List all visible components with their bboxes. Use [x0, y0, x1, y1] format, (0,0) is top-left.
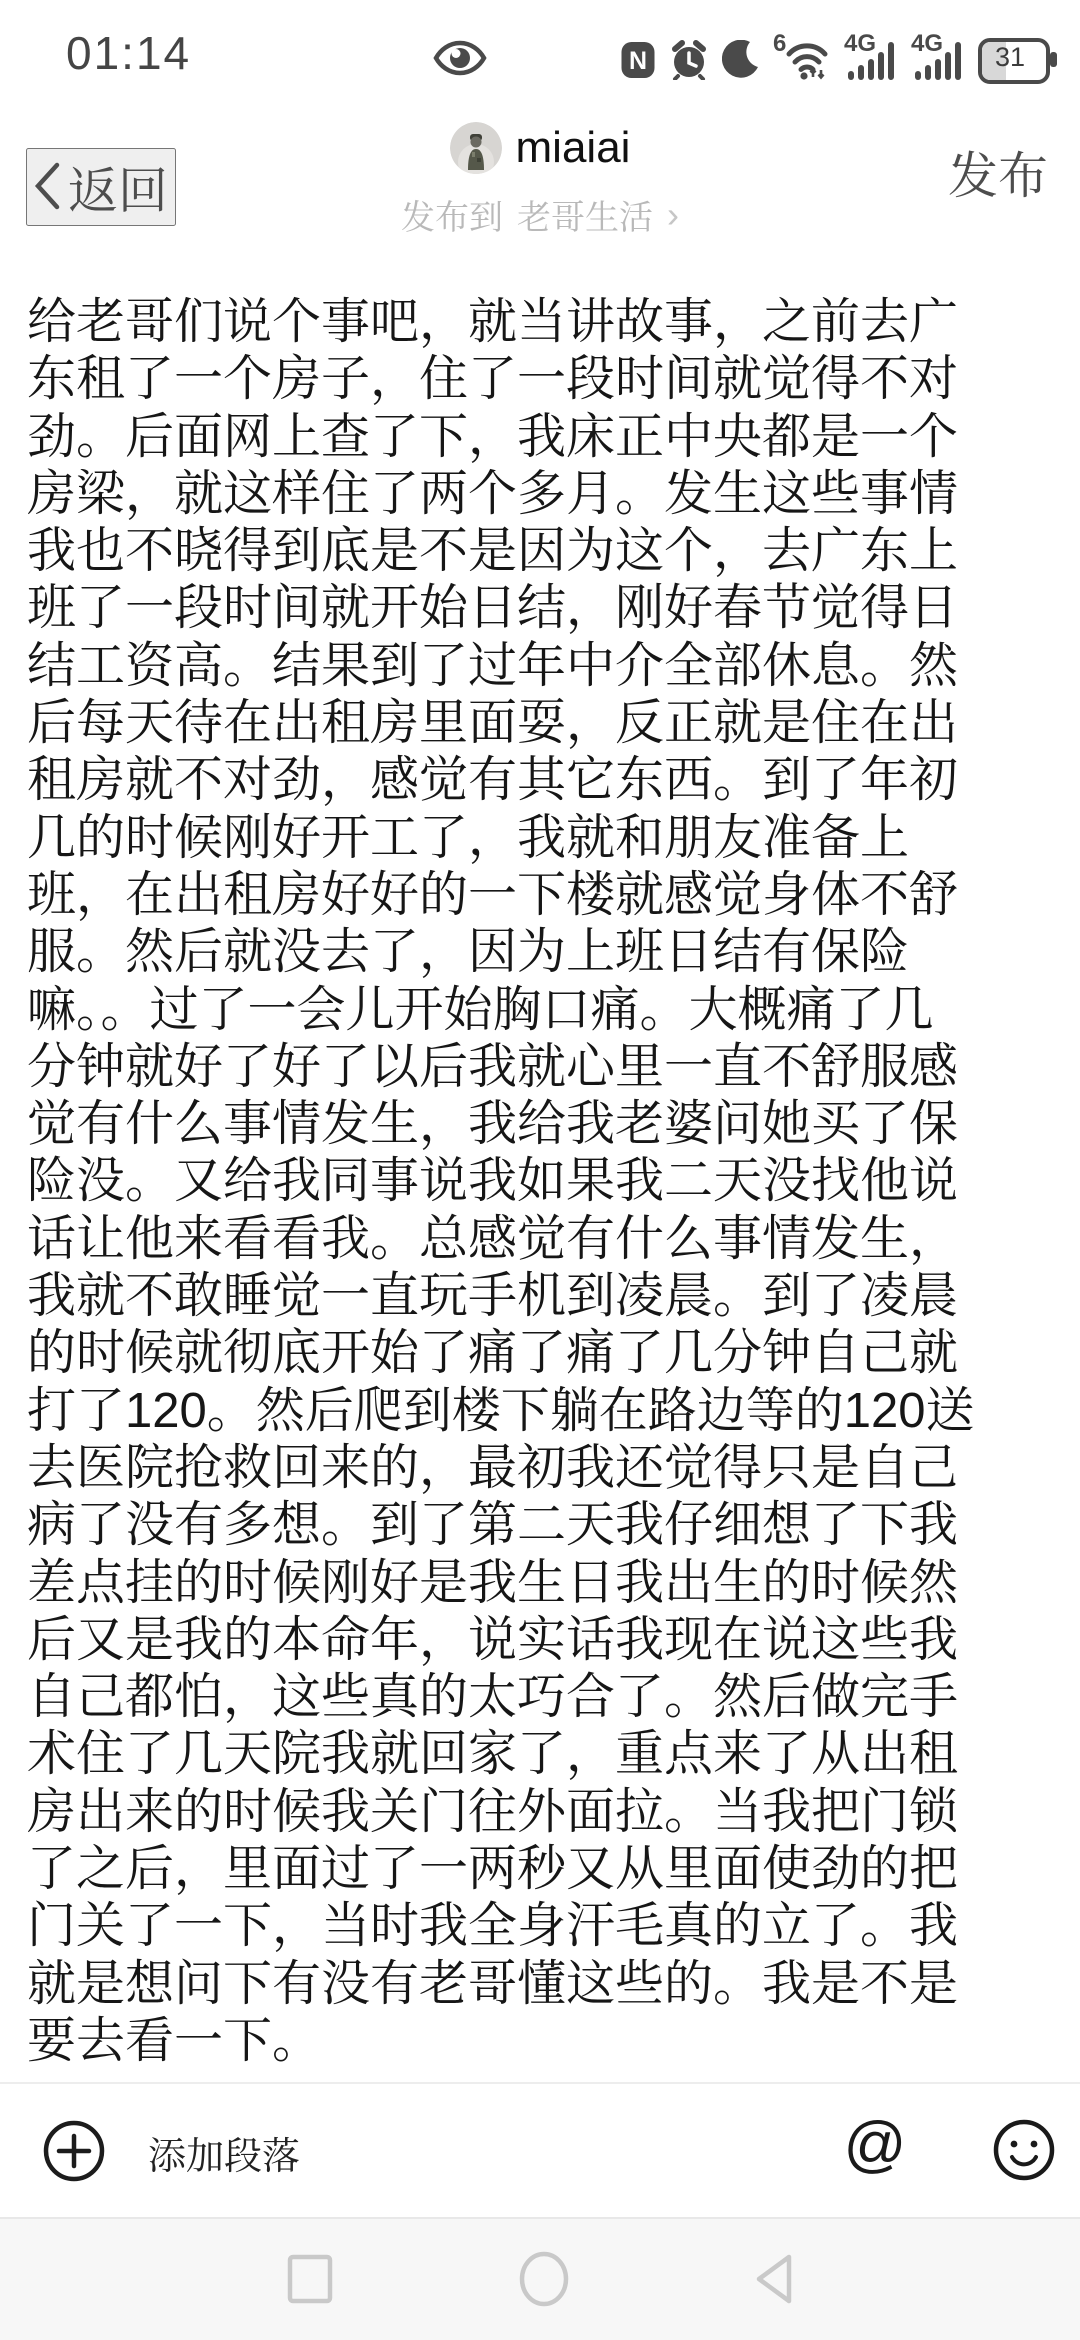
battery-icon: 31 [978, 36, 1058, 80]
publish-button[interactable]: 发布 [948, 136, 1048, 208]
post-text-line: 差点挂的时候刚好是我生日我出生的时候然 [27, 1555, 1057, 1612]
post-body-editor[interactable]: 给老哥们说个事吧，就当讲故事，之前去广东租了一个房子，住了一段时间就觉得不对劲。… [27, 294, 1057, 2070]
mention-button[interactable]: @ [842, 2102, 908, 2186]
signal-4g-icon-sim2: 4G [911, 34, 965, 80]
smiley-icon [992, 2170, 1056, 2185]
post-text-line: 嘛。。过了一会儿开始胸口痛。大概痛了几 [27, 982, 1057, 1039]
post-text-line: 结工资高。结果到了过年中介全部休息。然 [27, 638, 1057, 695]
home-button[interactable] [484, 2219, 604, 2340]
home-circle-icon [518, 2251, 570, 2310]
channel-name: 老哥生活 [517, 190, 653, 239]
post-text-line: 的时候就彻底开始了痛了痛了几分钟自己就 [27, 1325, 1057, 1382]
post-text-line: 话让他来看看我。总感觉有什么事情发生， [27, 1211, 1057, 1268]
post-text-line: 几的时候刚好开工了，我就和朋友准备上 [27, 810, 1057, 867]
post-text-line: 要去看一下。 [27, 2013, 1057, 2070]
post-text-line: 险没。又给我同事说我如果我二天没找他说 [27, 1153, 1057, 1210]
back-triangle-icon [749, 2251, 797, 2310]
alarm-icon [669, 40, 709, 80]
post-text-line: 后每天待在出租房里面耍，反正就是住在出 [27, 695, 1057, 752]
post-text-line: 分钟就好了好了以后我就心里一直不舒服感 [27, 1039, 1057, 1096]
status-bar: 01:14 N [0, 0, 1080, 96]
post-text-line: 自己都怕，这些真的太巧合了。然后做完手 [27, 1669, 1057, 1726]
signal-4g-icon-sim1: 4G [844, 34, 898, 80]
composer-header: 返回 miaiai 发布到 老哥生活 › 发布 [0, 96, 1080, 256]
post-text-line: 给老哥们说个事吧，就当讲故事，之前去广 [27, 294, 1057, 351]
avatar [450, 122, 502, 174]
post-text-line: 东租了一个房子，住了一段时间就觉得不对 [27, 351, 1057, 408]
chevron-right-icon: › [667, 197, 679, 233]
emoji-button[interactable] [992, 2118, 1056, 2182]
post-text-line: 房出来的时候我关门往外面拉。当我把门锁 [27, 1784, 1057, 1841]
author-row: miaiai [0, 122, 1080, 174]
do-not-disturb-moon-icon [722, 40, 760, 80]
post-text-line: 打了120。然后爬到楼下躺在路边等的120送 [27, 1383, 1057, 1440]
username: miaiai [516, 123, 631, 173]
add-paragraph-button[interactable]: 添加段落 [42, 2119, 300, 2186]
post-text-line: 班，在出租房好好的一下楼就感觉身体不舒 [27, 867, 1057, 924]
svg-text:N: N [629, 47, 647, 75]
post-composer-screen: 01:14 N [0, 0, 1080, 2340]
post-text-line: 服。然后就没去了，因为上班日结有保险 [27, 924, 1057, 981]
post-text-line: 班了一段时间就开始日结，刚好春节觉得日 [27, 580, 1057, 637]
post-text-line: 了之后，里面过了一两秒又从里面使劲的把 [27, 1841, 1057, 1898]
status-bar-icons: N 6 [620, 34, 1058, 80]
post-text-line: 病了没有多想。到了第二天我仔细想了下我 [27, 1497, 1057, 1554]
post-text-line: 后又是我的本命年，说实话我现在说这些我 [27, 1612, 1057, 1669]
post-text-line: 门关了一下，当时我全身汗毛真的立了。我 [27, 1898, 1057, 1955]
post-text-line: 就是想问下有没有老哥懂这些的。我是不是 [27, 1956, 1057, 2013]
publish-to-label: 发布到 [401, 190, 503, 239]
plus-circle-icon [42, 2119, 106, 2186]
editor-toolbar: 添加段落 @ [0, 2084, 1080, 2217]
nfc-icon: N [620, 40, 656, 80]
battery-percent: 31 [978, 38, 1042, 76]
post-text-line: 劲。后面网上查了下，我床正中央都是一个 [27, 409, 1057, 466]
android-navbar [0, 2217, 1080, 2340]
add-paragraph-label: 添加段落 [148, 2125, 300, 2180]
post-text-line: 去医院抢救回来的，最初我还觉得只是自己 [27, 1440, 1057, 1497]
recents-square-icon [287, 2254, 333, 2307]
nav-back-button[interactable] [713, 2219, 833, 2340]
battery-cap [1050, 52, 1057, 67]
post-text-line: 术住了几天院我就回家了，重点来了从出租 [27, 1726, 1057, 1783]
post-text-line: 房梁，就这样住了两个多月。发生这些事情 [27, 466, 1057, 523]
recents-button[interactable] [250, 2219, 370, 2340]
post-text-line: 我就不敢睡觉一直玩手机到凌晨。到了凌晨 [27, 1268, 1057, 1325]
wifi-6-icon: 6 [773, 34, 831, 80]
channel-selector[interactable]: 发布到 老哥生活 › [0, 190, 1080, 239]
post-text-line: 觉有什么事情发生，我给我老婆问她买了保 [27, 1096, 1057, 1153]
post-text-line: 我也不晓得到底是不是因为这个，去广东上 [27, 523, 1057, 580]
eye-protection-icon [433, 40, 487, 76]
clock-time: 01:14 [66, 26, 191, 80]
post-text-line: 租房就不对劲，感觉有其它东西。到了年初 [27, 752, 1057, 809]
